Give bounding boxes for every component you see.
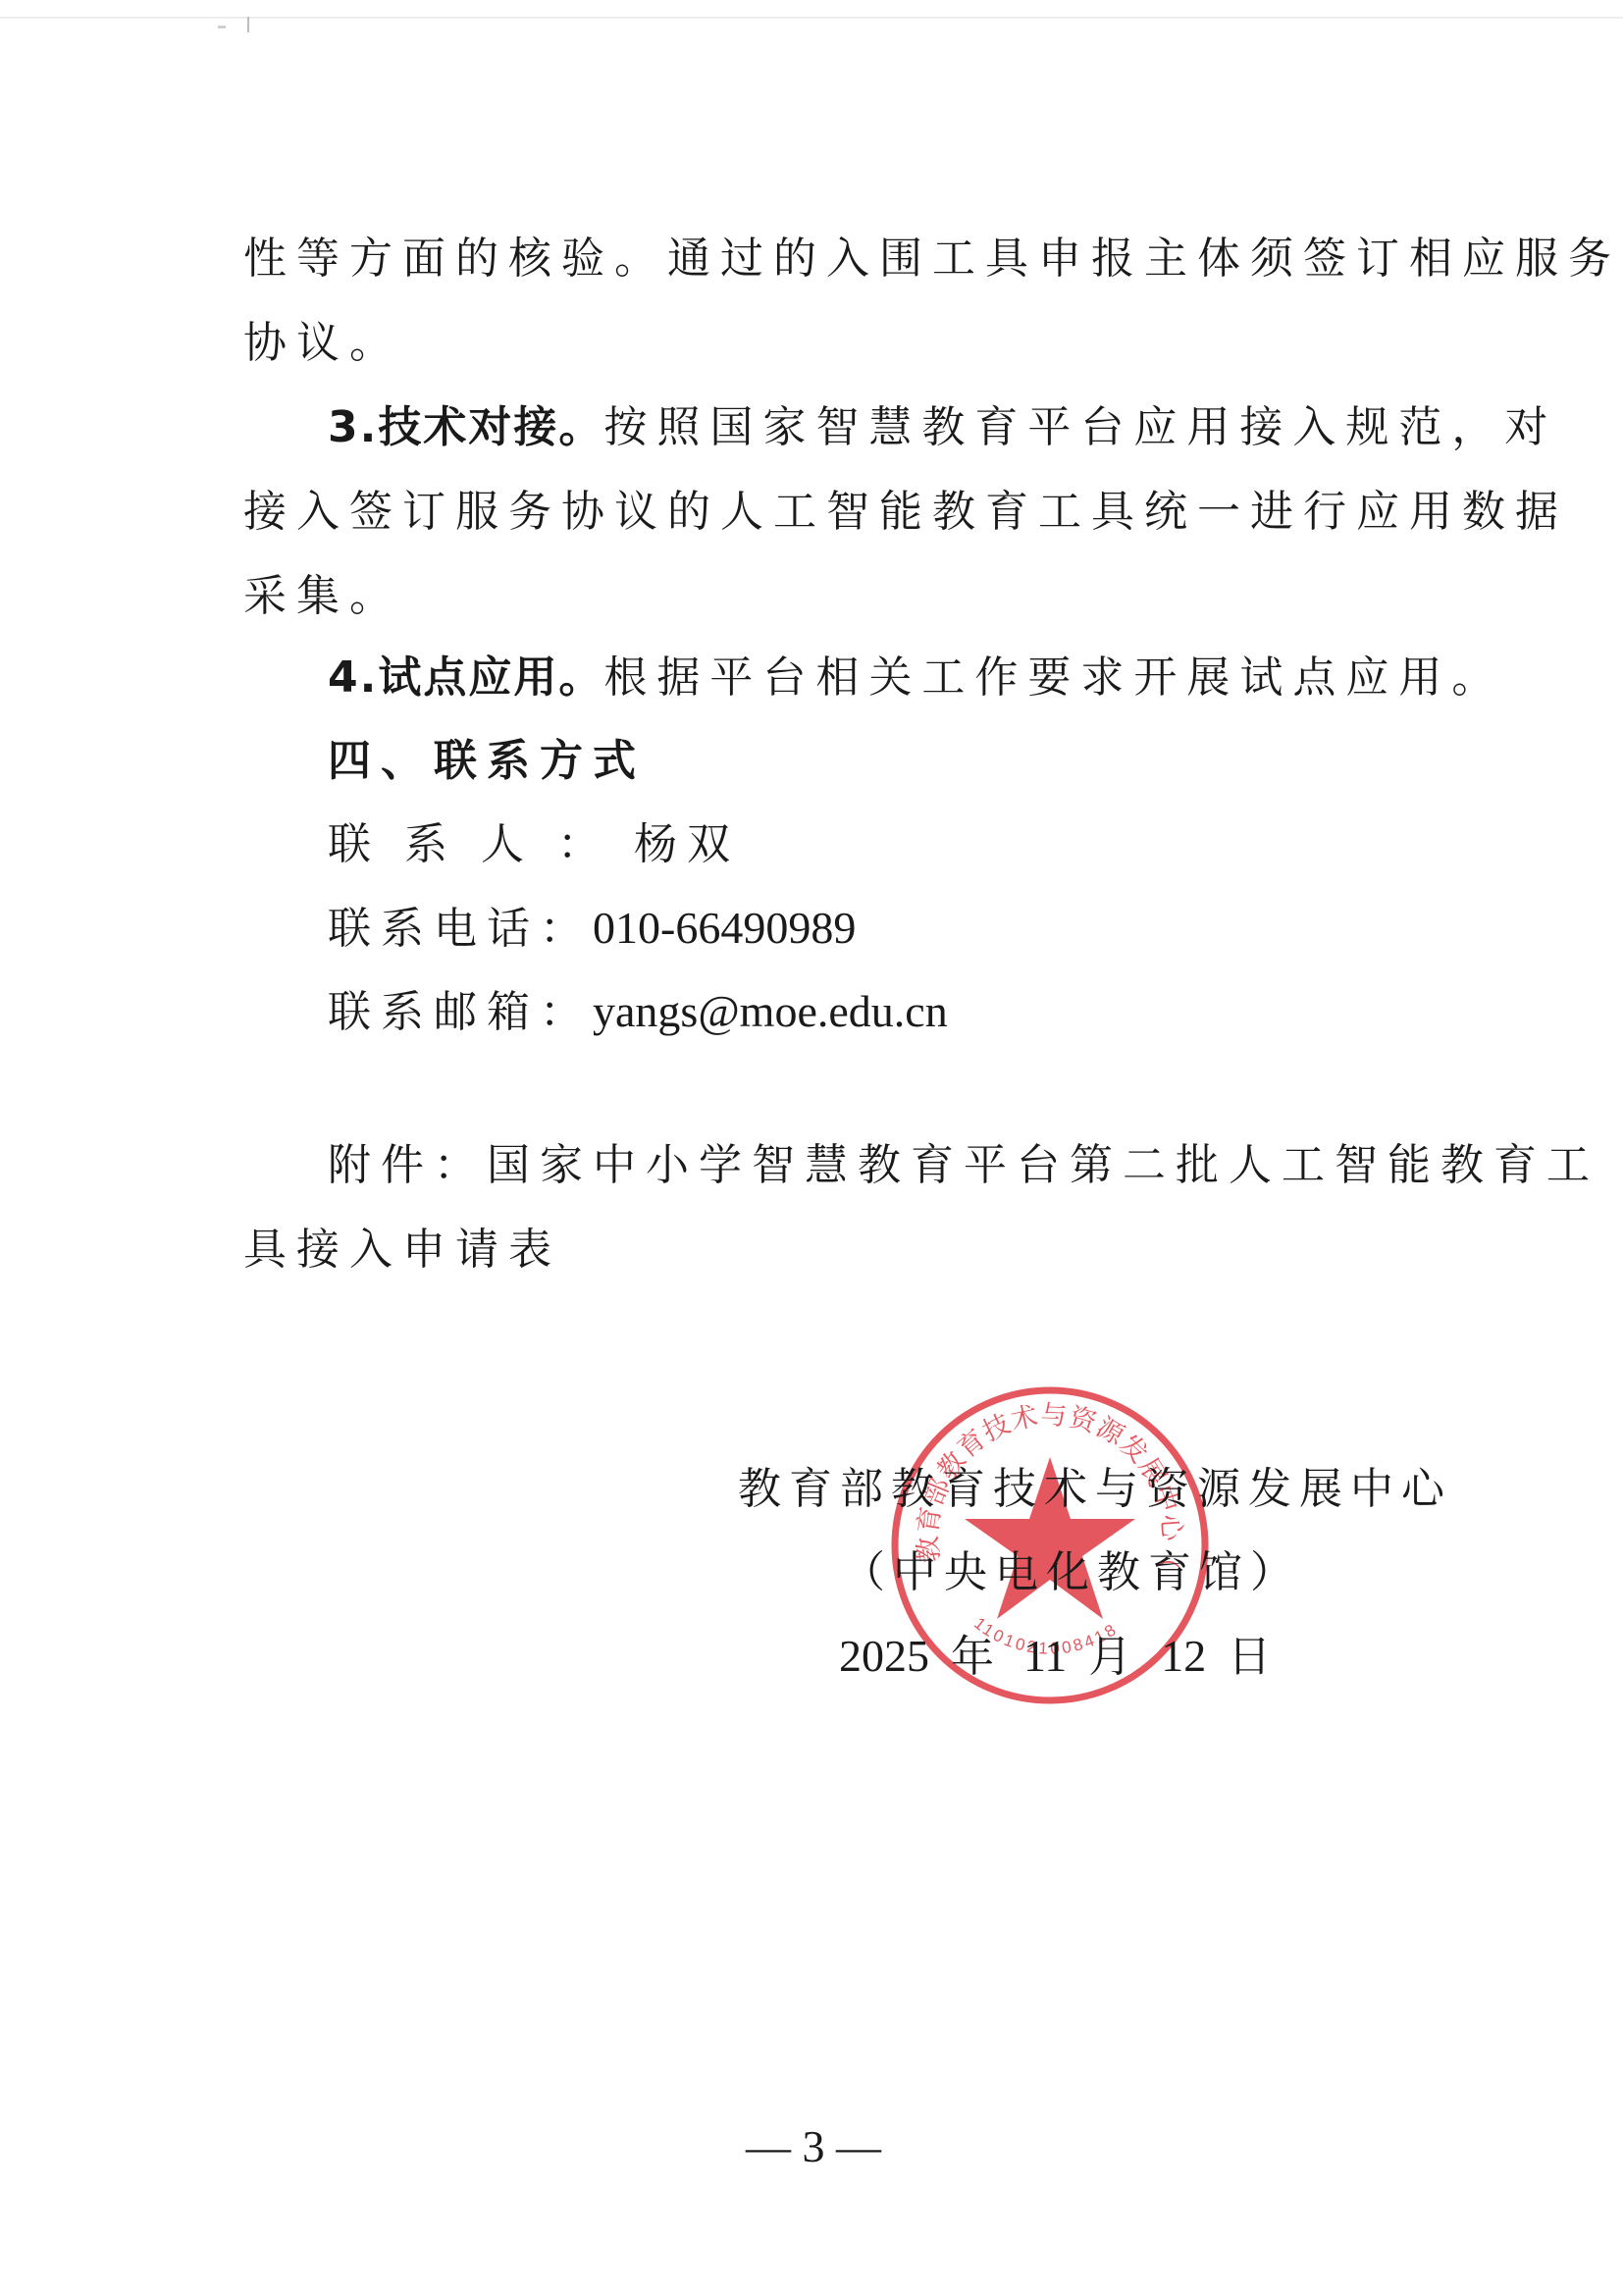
paragraph-line: 采集。 <box>243 569 402 624</box>
date-month: 11 <box>1023 1631 1067 1681</box>
paragraph-technical-integration: 3.技术对接。按照国家智慧教育平台应用接入规范，对 <box>328 400 1557 455</box>
signature-sub-organization: （中央电化教育馆） <box>842 1545 1301 1600</box>
item-heading-technical-integration: 3.技术对接。 <box>328 402 603 452</box>
contact-phone-label: 联系电话： <box>328 904 593 954</box>
date-day: 12 <box>1161 1631 1206 1681</box>
date-year-unit: 年 <box>951 1632 1002 1682</box>
contact-person-label: 联系人： <box>328 819 634 869</box>
date-year: 2025 <box>839 1631 929 1681</box>
paragraph-line: 接入签订服务协议的人工智能教育工具统一进行应用数据 <box>243 485 1568 540</box>
item-heading-pilot-application: 4.试点应用。 <box>328 652 603 703</box>
section-heading-contact: 四、联系方式 <box>328 734 646 789</box>
paragraph-pilot-application: 4.试点应用。根据平台相关工作要求开展试点应用。 <box>328 651 1504 705</box>
contact-phone-row: 联系电话：010-66490989 <box>328 901 856 957</box>
document-page: 性等方面的核验。通过的入围工具申报主体须签订相应服务 协议。 3.技术对接。按照… <box>0 0 1623 2296</box>
date-month-unit: 月 <box>1088 1632 1139 1682</box>
page-number: — 3 — <box>746 2119 881 2174</box>
contact-phone-value: 010-66490989 <box>593 903 856 953</box>
paragraph-line: 性等方面的核验。通过的入围工具申报主体须签订相应服务 <box>243 232 1621 287</box>
date-day-unit: 日 <box>1228 1632 1279 1682</box>
contact-email-label: 联系邮箱： <box>328 987 593 1037</box>
signature-date: 2025 年 11 月 12 日 <box>839 1629 1279 1685</box>
paragraph-text: 根据平台相关工作要求开展试点应用。 <box>603 652 1504 703</box>
contact-person-value: 杨双 <box>634 819 740 869</box>
attachment-line: 具接入申请表 <box>243 1223 561 1278</box>
signature-organization: 教育部教育技术与资源发展中心 <box>738 1462 1452 1517</box>
contact-email-value[interactable]: yangs@moe.edu.cn <box>593 986 948 1036</box>
attachment-line: 附件：国家中小学智慧教育平台第二批人工智能教育工 <box>328 1138 1599 1193</box>
paragraph-text: 按照国家智慧教育平台应用接入规范，对 <box>603 402 1557 452</box>
contact-person-row: 联系人：杨双 <box>328 817 740 872</box>
contact-email-row: 联系邮箱：yangs@moe.edu.cn <box>328 984 948 1040</box>
paragraph-line: 协议。 <box>243 316 402 371</box>
